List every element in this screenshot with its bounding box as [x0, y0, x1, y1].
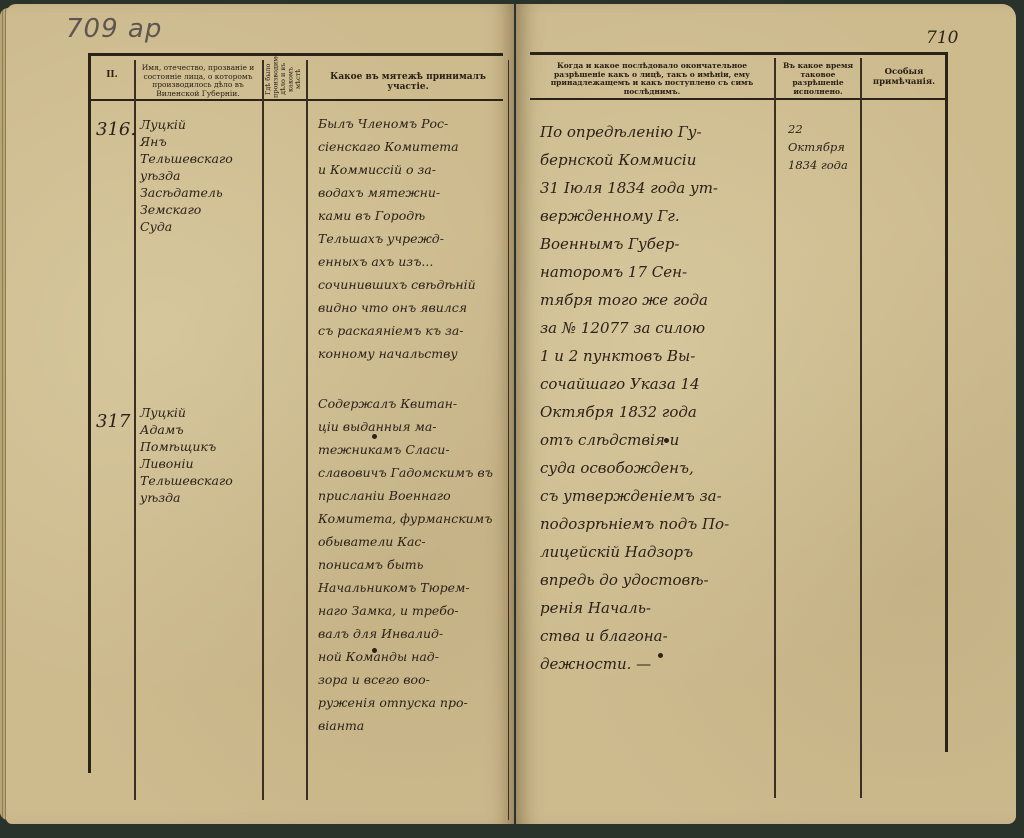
header-col-number: II. — [92, 70, 132, 80]
entry-name: Луцкiй Адамъ Помѣщикъ Ливонiи Тельшевска… — [140, 404, 260, 506]
entry-name: Луцкiй Янъ Тельшевскаго уѣзда Засѣдатель… — [140, 116, 260, 235]
column-rule — [88, 53, 91, 773]
header-col-executed-when: Въ какое время таковое разрѣшенiе исполн… — [777, 62, 859, 97]
entry-resolution: По опредѣленiю Гу- бернской Коммисiи 31 … — [540, 118, 772, 678]
column-rule — [945, 52, 948, 752]
ink-spot — [372, 648, 377, 653]
ink-spot — [658, 653, 663, 658]
ledger-book: 709 ap II. Имя, отечество, прозванiе и с… — [0, 0, 1024, 838]
ink-spot — [372, 434, 377, 439]
column-rule — [306, 60, 308, 800]
entry-number: 316. — [96, 118, 136, 141]
ink-spot — [664, 438, 669, 443]
column-rule — [860, 58, 862, 798]
column-rule — [774, 58, 776, 798]
header-col-remarks: Особыя примѣчанiя. — [863, 68, 945, 88]
column-rule — [262, 60, 264, 800]
header-bottom-rule-right — [530, 98, 948, 100]
folio-number-left: 709 ap — [66, 14, 162, 44]
entry-number: 317 — [96, 410, 130, 433]
header-col-case-place: Гдѣ было производимо дѣло и въ какомъ мѣ… — [265, 60, 303, 98]
header-top-rule-right — [530, 52, 948, 55]
gutter-rule — [508, 60, 509, 820]
header-col-resolution: Когда и какое послѣдовало окончательное … — [532, 62, 772, 97]
header-top-rule-left — [88, 53, 503, 56]
entry-executed-when: 22 Октября 1834 года — [788, 120, 860, 174]
header-col-participation: Какое въ мятежѣ принималъ участiе. — [310, 72, 506, 93]
header-col-name: Имя, отечество, прозванiе и состоянiе ли… — [136, 64, 260, 99]
entry-participation: Былъ Членомъ Рос- сiенскаго Комитета и К… — [318, 112, 508, 365]
folio-number-right: 710 — [926, 28, 958, 48]
column-rule — [134, 60, 136, 800]
entry-participation: Содержалъ Квитан- цiи выданныя ма- тежни… — [318, 392, 508, 737]
header-bottom-rule-left — [88, 99, 503, 101]
